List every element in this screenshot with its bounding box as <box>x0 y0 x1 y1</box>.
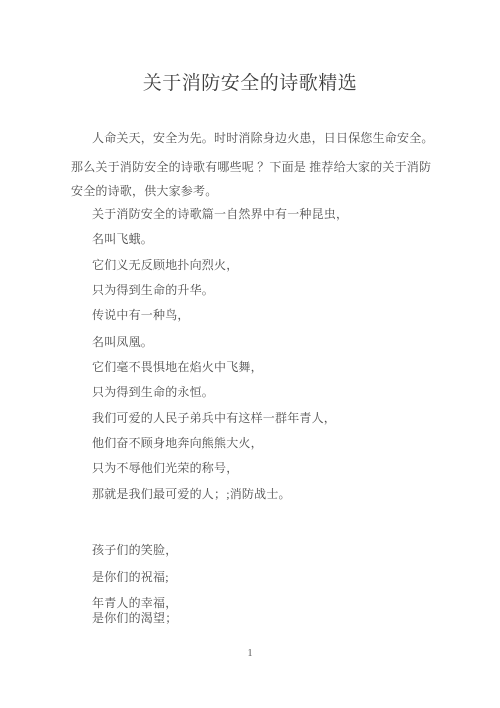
document-line: 只为不辱他们光荣的称号， <box>92 461 238 476</box>
document-line: 那就是我们最可爱的人；;消防战士。 <box>92 487 291 502</box>
document-line: 名叫凤凰。 <box>92 335 153 350</box>
document-line: 只为得到生命的升华。 <box>92 283 214 298</box>
page-number: 1 <box>0 648 500 659</box>
document-title: 关于消防安全的诗歌精选 <box>0 68 500 95</box>
document-line: 只为得到生命的永恒。 <box>92 385 214 400</box>
document-page: 关于消防安全的诗歌精选 人命关天，安全为先。时时消除身边火患，日日保您生命安全。… <box>0 0 500 708</box>
document-line: 安全的诗歌，供大家参考。 <box>71 184 217 199</box>
document-line: 那么关于消防安全的诗歌有哪些呢 ？下面是 推荐给大家的关于消防 <box>71 160 431 175</box>
document-line: 年青人的幸福， <box>92 596 177 611</box>
document-line: 是你们的渴望； <box>92 611 177 626</box>
document-line: 关于消防安全的诗歌篇一自然界中有一种昆虫， <box>92 207 348 222</box>
document-line: 是你们的祝福; <box>92 570 169 585</box>
document-line: 它们毫不畏惧地在焰火中飞舞， <box>92 360 263 375</box>
document-line: 传说中有一种鸟， <box>92 308 190 323</box>
document-line: 它们义无反顾地扑向烈火， <box>92 258 238 273</box>
document-line: 他们奋不顾身地奔向熊熊大火， <box>92 436 263 451</box>
document-line: 人命关天，安全为先。时时消除身边火患，日日保您生命安全。 <box>92 131 434 146</box>
document-line: 名叫飞蛾。 <box>92 232 153 247</box>
document-line: 我们可爱的人民子弟兵中有这样一群年青人， <box>92 411 336 426</box>
document-line: 孩子们的笑脸， <box>92 543 177 558</box>
